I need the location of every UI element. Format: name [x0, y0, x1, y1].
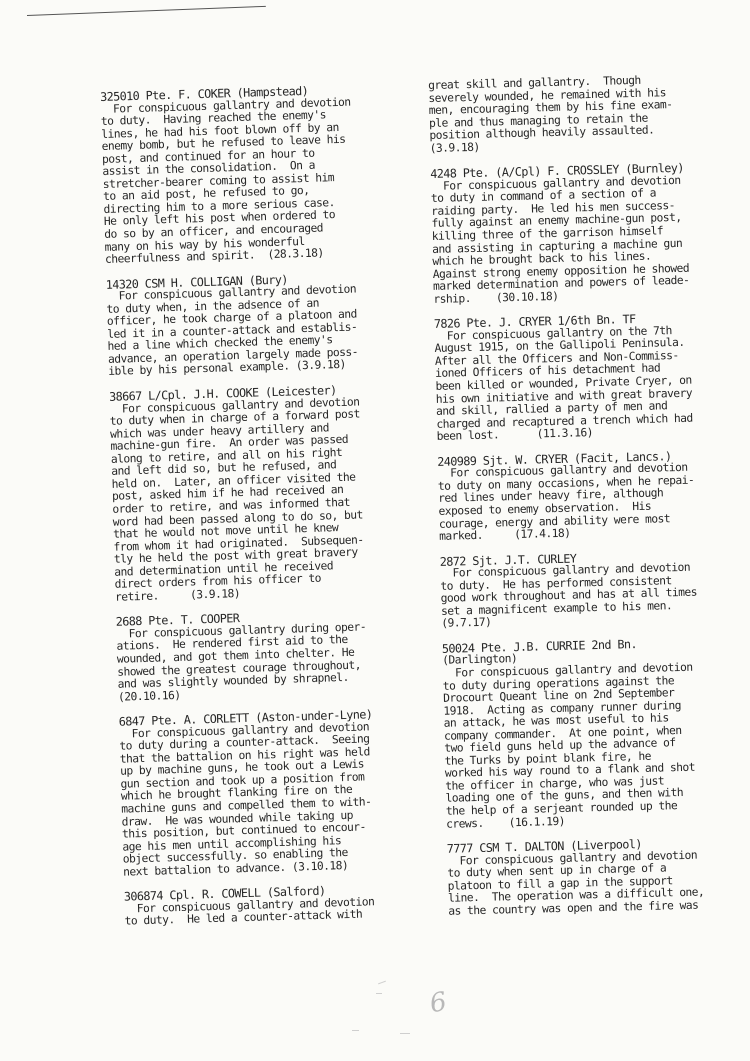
right-column: great skill and gallantry. Thoughseverel… — [428, 72, 750, 930]
scan-smudge — [378, 981, 386, 985]
scan-smudge — [400, 1033, 410, 1034]
citation-entry: 14320 CSM H. COLLIGAN (Bury) For conspic… — [106, 269, 439, 379]
left-column: 325010 Pte. F. COKER (Hampstead) For con… — [100, 81, 455, 940]
citation-entry: 38667 L/Cpl. J.H. COOKE (Leicester) For … — [109, 381, 445, 604]
page-number: 6 — [428, 987, 450, 1019]
citation-entry: 240989 Sjt. W. CRYER (Facit, Lancs.) For… — [437, 448, 750, 544]
citation-entry: 6847 Pte. A. CORLETT (Aston-under-Lyne) … — [119, 706, 454, 879]
citation-entry: 325010 Pte. F. COKER (Hampstead) For con… — [100, 81, 435, 266]
citation-entry: 7826 Pte. J. CRYER 1/6th Bn. TF For cons… — [434, 310, 750, 443]
scan-smudge — [352, 1030, 359, 1031]
scan-smudge — [376, 993, 382, 994]
citation-entry: 50024 Pte. J.B. CURRIE 2nd Bn.(Darlingto… — [442, 635, 750, 831]
citation-entry: great skill and gallantry. Thoughseverel… — [428, 72, 750, 155]
citation-entry: 2872 Sjt. J.T. CURLEY For conspicuous ga… — [440, 547, 750, 630]
citation-entry: 7777 CSM T. DALTON (Liverpool) For consp… — [447, 835, 750, 918]
top-rule-line — [27, 6, 266, 16]
citation-entry: 2688 Pte. T. COOPER For conspicuous gall… — [116, 606, 448, 704]
citation-entry: 4248 Pte. (A/Cpl) F. CROSSLEY (Burnley) … — [430, 160, 750, 306]
citation-entry: 306874 Cpl. R. COWELL (Salford) For cons… — [124, 881, 455, 928]
